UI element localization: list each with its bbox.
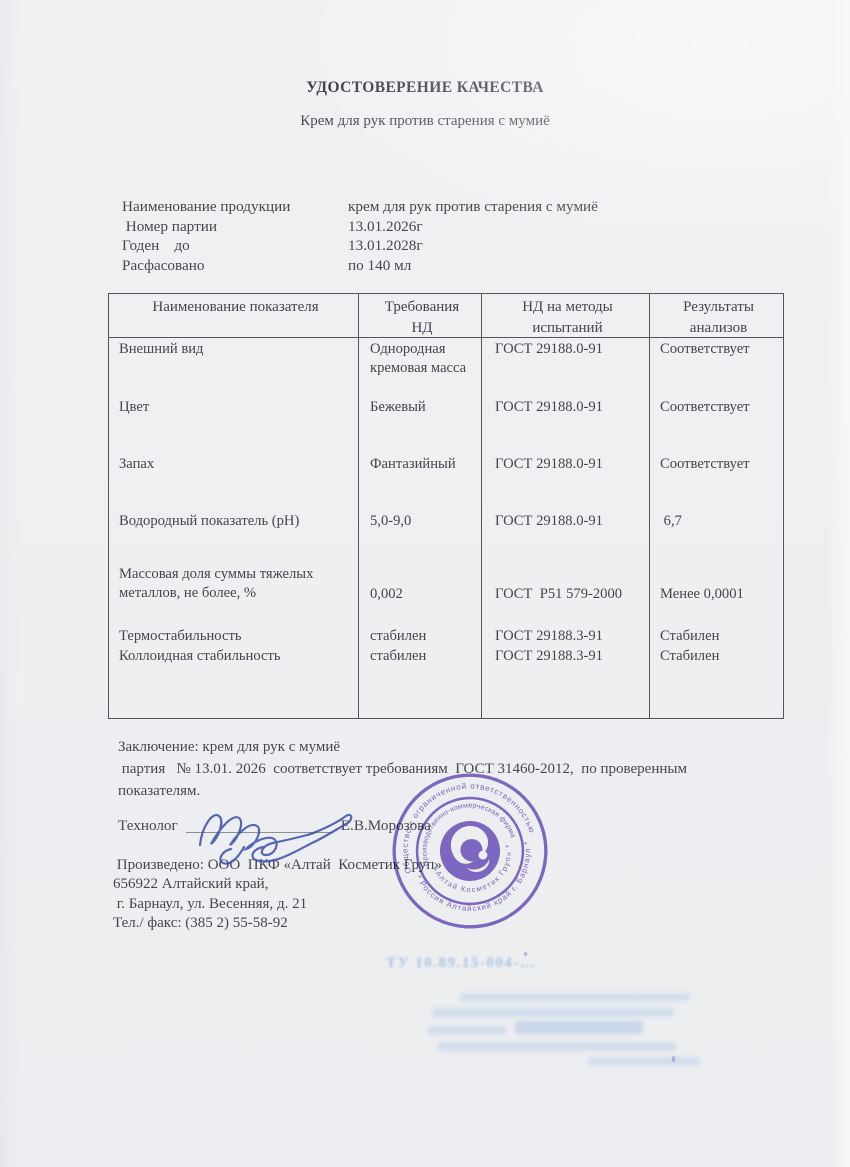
conclusion-line: Заключение: крем для рук с мумиё (118, 736, 818, 758)
batch-number-value: 13.01.2026г (348, 217, 742, 237)
table-row-cell: Менее 0,0001 (649, 563, 783, 625)
batch-number-label: Номер партии (122, 217, 348, 237)
table-row-cell: стабилен (358, 625, 481, 645)
bleed-through-strip (438, 1042, 676, 1051)
table-filler-cell (481, 666, 649, 718)
table-row-cell: Стабилен (649, 645, 783, 666)
table-row-cell: Цвет (109, 396, 358, 453)
table-row-cell: Соответствует (649, 338, 783, 396)
table-row-cell: Массовая доля суммы тяжелых металлов, не… (109, 563, 358, 625)
table-row-cell: ГОСТ Р51 579-2000 (481, 563, 649, 625)
product-info-row: Годен до 13.01.2028г (122, 236, 742, 256)
ink-speck (672, 1056, 675, 1062)
bleed-through-strip (432, 1008, 674, 1017)
table-row-cell: Внешний вид (109, 338, 358, 396)
table-row-cell: 5,0-9,0 (358, 510, 481, 563)
expiry-label: Годен до (122, 236, 348, 256)
signature-scribble-icon (188, 793, 364, 873)
bleed-through-strip (515, 1021, 643, 1034)
table-row-cell: ГОСТ 29188.3-91 (481, 625, 649, 645)
table-filler-cell (109, 666, 358, 718)
handwritten-signature (188, 793, 364, 873)
table-header-name: Наименование показателя (109, 294, 358, 338)
table-row-cell: 6,7 (649, 510, 783, 563)
quality-indicators-table: Наименование показателя Требования НД НД… (108, 293, 784, 719)
table-header-method: НД на методы испытаний (481, 294, 649, 338)
table-row-cell: стабилен (358, 645, 481, 666)
table-row-cell: Соответствует (649, 453, 783, 510)
packaging-value: по 140 мл (348, 256, 742, 276)
table-row-cell: ГОСТ 29188.3-91 (481, 645, 649, 666)
bleed-through-strip (460, 993, 690, 1001)
table-row-cell: ГОСТ 29188.0-91 (481, 396, 649, 453)
table-row-cell: Стабилен (649, 625, 783, 645)
table-row-cell: 0,002 (358, 563, 481, 625)
table-row-cell: Фантазийный (358, 453, 481, 510)
document-subtitle: Крем для рук против старения с мумиё (0, 113, 850, 130)
table-row-cell: Коллоидная стабильность (109, 645, 358, 666)
table-row-cell: ГОСТ 29188.0-91 (481, 453, 649, 510)
table-row-cell: Водородный показатель (рН) (109, 510, 358, 563)
table-row-cell: Бежевый (358, 396, 481, 453)
scanned-quality-certificate: УДОСТОВЕРЕНИЕ КАЧЕСТВА Крем для рук прот… (0, 0, 850, 1167)
product-info-row: Наименование продукции крем для рук прот… (122, 197, 742, 217)
product-info-row: Номер партии 13.01.2026г (122, 217, 742, 237)
table-header-result: Результаты анализов (649, 294, 783, 338)
table-row-cell: Термостабильность (109, 625, 358, 645)
technologist-label: Технолог (118, 817, 178, 836)
product-info-row: Расфасовано по 140 мл (122, 256, 742, 276)
product-name-label: Наименование продукции (122, 197, 348, 217)
table-filler-cell (649, 666, 783, 718)
bleed-through-text: ТУ 10.89.15-004-… (386, 955, 537, 972)
ink-speck (524, 952, 527, 956)
table-row-cell: Соответствует (649, 396, 783, 453)
bleed-through-strip (588, 1057, 700, 1065)
product-info-block: Наименование продукции крем для рук прот… (122, 197, 742, 275)
table-row-cell: Запах (109, 453, 358, 510)
expiry-value: 13.01.2028г (348, 236, 742, 256)
product-name-value: крем для рук против старения с мумиё (348, 197, 742, 217)
table-row-cell: ГОСТ 29188.0-91 (481, 338, 649, 396)
document-title: УДОСТОВЕРЕНИЕ КАЧЕСТВА (0, 79, 850, 97)
bleed-through-strip (428, 1026, 506, 1035)
table-header-requirement: Требования НД (358, 294, 481, 338)
table-row-cell: ГОСТ 29188.0-91 (481, 510, 649, 563)
table-row-cell: Однородная кремовая масса (358, 338, 481, 396)
packaging-label: Расфасовано (122, 256, 348, 276)
table-filler-cell (358, 666, 481, 718)
